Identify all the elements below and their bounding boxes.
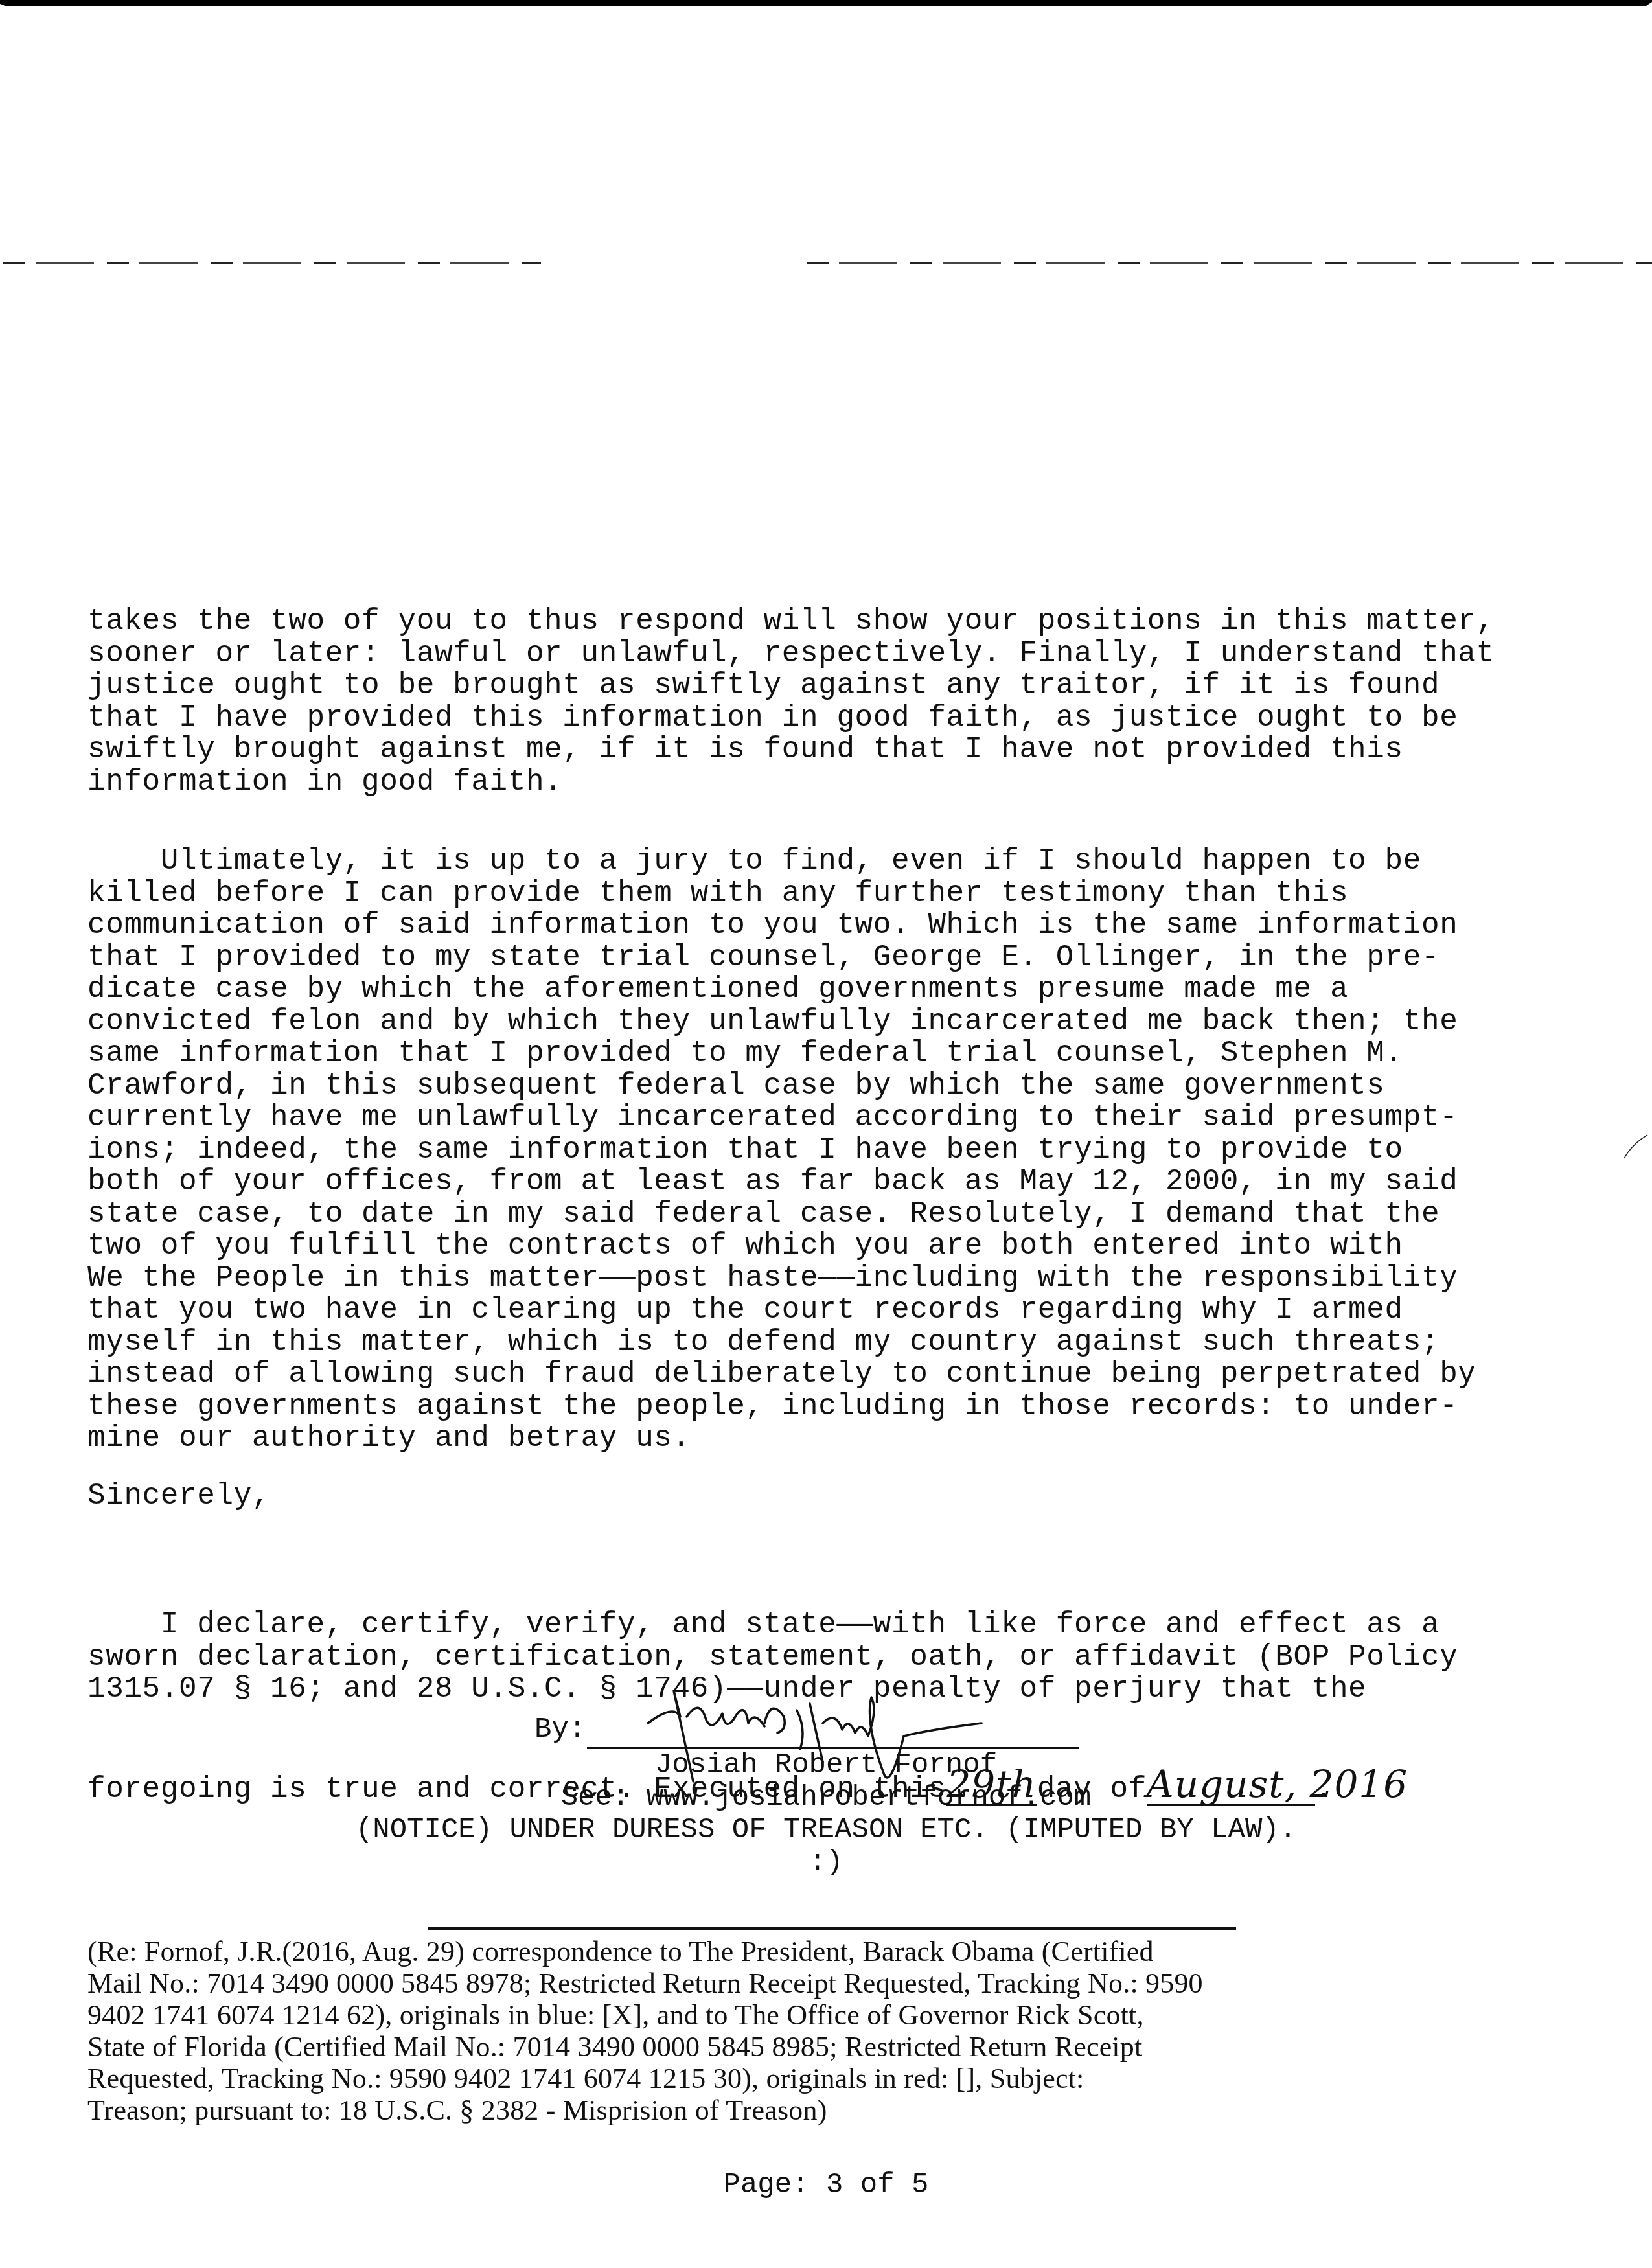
text-line: mine our authority and betray us. bbox=[87, 1423, 1597, 1455]
text-line: information in good faith. bbox=[87, 766, 1597, 799]
text-line: Mail No.: 7014 3490 0000 5845 8978; Rest… bbox=[87, 1967, 1616, 1999]
stray-pen-mark-icon bbox=[1623, 1134, 1649, 1160]
text-line: Ultimately, it is up to a jury to find, … bbox=[87, 845, 1597, 878]
paragraph-conclusion: takes the two of you to thus respond wil… bbox=[87, 606, 1597, 798]
by-label: By: bbox=[534, 1713, 586, 1746]
text-line: myself in this matter, which is to defen… bbox=[87, 1327, 1597, 1359]
text-line: sworn declaration, certification, statem… bbox=[87, 1642, 1597, 1674]
fold-line-right bbox=[807, 262, 1652, 264]
text-line: killed before I can provide them with an… bbox=[87, 878, 1597, 910]
text-line: both of your offices, from at least as f… bbox=[87, 1166, 1597, 1198]
text-line: currently have me unlawfully incarcerate… bbox=[87, 1102, 1597, 1134]
text-line: takes the two of you to thus respond wil… bbox=[87, 606, 1597, 638]
duress-notice: (NOTICE) UNDER DURESS OF TREASON ETC. (I… bbox=[0, 1814, 1652, 1846]
text-line: instead of allowing such fraud deliberat… bbox=[87, 1358, 1597, 1391]
website-reference: See: www.josiahrobertfornof.com bbox=[0, 1781, 1652, 1814]
text-line: same information that I provided to my f… bbox=[87, 1038, 1597, 1070]
text-line: these governments against the people, in… bbox=[87, 1391, 1597, 1423]
text-line: that I provided to my state trial counse… bbox=[87, 942, 1597, 974]
text-line: state case, to date in my said federal c… bbox=[87, 1198, 1597, 1231]
page-number: Page: 3 of 5 bbox=[0, 2169, 1652, 2201]
closing-salutation: Sincerely, bbox=[87, 1480, 1597, 1513]
text-line: communication of said information to you… bbox=[87, 910, 1597, 942]
text-line: sooner or later: lawful or unlawful, res… bbox=[87, 638, 1597, 670]
paragraph-ultimately: Ultimately, it is up to a jury to find, … bbox=[87, 845, 1597, 1455]
fold-line-left bbox=[3, 262, 541, 264]
text-line: Crawford, in this subsequent federal cas… bbox=[87, 1070, 1597, 1103]
text-line: two of you fulfill the contracts of whic… bbox=[87, 1230, 1597, 1263]
smiley: :) bbox=[0, 1846, 1652, 1879]
text-line: Requested, Tracking No.: 9590 9402 1741 … bbox=[87, 2063, 1616, 2094]
text-line: convicted felon and by which they unlawf… bbox=[87, 1006, 1597, 1038]
printed-name: Josiah Robert Fornof bbox=[0, 1749, 1652, 1781]
text-line: justice ought to be brought as swiftly a… bbox=[87, 670, 1597, 702]
text-line: ions; indeed, the same information that … bbox=[87, 1134, 1597, 1167]
text-line: swiftly brought against me, if it is fou… bbox=[87, 734, 1597, 766]
text-line: I declare, certify, verify, and state——w… bbox=[87, 1609, 1597, 1642]
text-line: State of Florida (Certified Mail No.: 70… bbox=[87, 2031, 1616, 2063]
text-line: 9402 1741 6074 1214 62), originals in bl… bbox=[87, 1999, 1616, 2031]
text-line: Treason; pursuant to: 18 U.S.C. § 2382 -… bbox=[87, 2094, 1616, 2126]
text-line: dicate case by which the aforementioned … bbox=[87, 974, 1597, 1006]
footnote-divider bbox=[428, 1927, 1236, 1930]
text-line: that I have provided this information in… bbox=[87, 702, 1597, 735]
scan-top-edge bbox=[0, 0, 1652, 6]
text-line: We the People in this matter——post haste… bbox=[87, 1263, 1597, 1295]
text-line: that you two have in clearing up the cou… bbox=[87, 1294, 1597, 1327]
text-line: (Re: Fornof, J.R.(2016, Aug. 29) corresp… bbox=[87, 1936, 1616, 1967]
footnote-reference: (Re: Fornof, J.R.(2016, Aug. 29) corresp… bbox=[87, 1936, 1616, 2126]
